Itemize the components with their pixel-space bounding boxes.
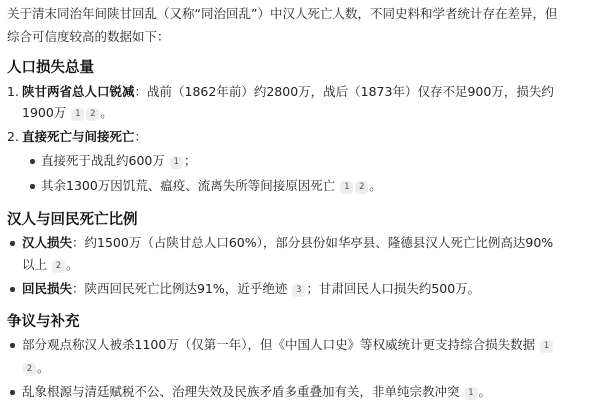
colon: ： [135,129,148,144]
period: 。 [37,360,50,375]
subitem-indirect-deaths: 其余1300万因饥荒、瘟疫、流离失所等间接原因死亡 12。 [41,177,382,195]
subitem-text: 其余1300万因饥荒、瘟疫、流离失所等间接原因死亡 [41,178,335,193]
colon: ： [72,235,85,250]
list-item-root-cause: 乱象根源与清廷赋税不公、治理失效及民族矛盾多重叠加有关，非单纯宗教冲突 1。 [22,383,491,400]
citation-badge[interactable]: 2 [52,260,65,273]
list-item-population-drop-cont: 1900万 12。 [22,104,113,122]
list-item-direct-indirect: 直接死亡与间接死亡： [22,128,147,146]
item-text: 约1500万（占陕甘总人口60%），部分县份如华亭县、隆德县汉人死亡比例高达90… [85,235,554,250]
item-text-cont: 以上 [22,257,47,272]
period: 。 [479,384,492,399]
chat-response: 关于清末同治年间陕甘回乱（又称“同治回乱”）中汉人死亡人数，不同史料和学者统计存… [0,0,600,400]
citation-badge[interactable]: 1 [540,340,553,353]
item-text-after: ；甘肃回民人口损失约500万。 [306,281,480,296]
citation-badge[interactable]: 2 [355,181,368,194]
section-heading-death-ratio: 汉人与回民死亡比例 [7,208,138,229]
subitem-text: 直接死于战乱约600万 [41,153,165,168]
item-bold-label: 陕甘两省总人口锐减 [22,84,135,99]
item-text: 陕西回民死亡比例达91%，近乎绝迹 [85,281,288,296]
item-bold-label: 直接死亡与间接死亡 [22,129,135,144]
bullet-icon [10,287,15,292]
citation-badge[interactable]: 2 [23,363,36,376]
list-item-alternative-view: 部分观点称汉人被杀1100万（仅第一年），但《中国人口史》等权威统计更支持综合损… [22,336,554,354]
list-item-population-drop: 陕甘两省总人口锐减：战前（1862年前）约2800万，战后（1873年）仅存不足… [22,83,554,101]
bullet-icon [30,184,35,189]
colon: ： [72,281,85,296]
list-item-alternative-view-cont: 2。 [22,359,50,377]
semicolon: ； [184,153,197,168]
list-item-hui-loss: 回民损失：陕西回民死亡比例达91%，近乎绝迹 3；甘肃回民人口损失约500万。 [22,280,480,298]
colon: ： [135,84,148,99]
item-text: 乱象根源与清廷赋税不公、治理失效及民族矛盾多重叠加有关，非单纯宗教冲突 [22,384,460,399]
bullet-icon [30,159,35,164]
item-text: 战前（1862年前）约2800万，战后（1873年）仅存不足900万，损失约 [147,84,554,99]
item-bold-label: 回民损失 [22,281,72,296]
citation-badge[interactable]: 1 [340,181,353,194]
section-heading-controversy: 争议与补充 [7,310,80,331]
item-bold-label: 汉人损失 [22,235,72,250]
citation-badge[interactable]: 2 [86,108,99,121]
citation-badge[interactable]: 3 [292,284,305,297]
section-heading-population-loss: 人口损失总量 [7,56,94,77]
citation-badge[interactable]: 1 [170,156,183,169]
intro-line-2: 综合可信度较高的数据如下： [7,25,557,48]
citation-badge[interactable]: 1 [71,108,84,121]
period: 。 [369,178,382,193]
subitem-direct-deaths: 直接死于战乱约600万 1； [41,152,196,170]
item-text: 部分观点称汉人被杀1100万（仅第一年），但《中国人口史》等权威统计更支持综合损… [22,337,535,352]
period: 。 [66,257,79,272]
period: 。 [100,105,113,120]
intro-line-1: 关于清末同治年间陕甘回乱（又称“同治回乱”）中汉人死亡人数，不同史料和学者统计存… [7,2,557,25]
list-number-1: 1. [7,83,19,101]
list-item-han-loss: 汉人损失：约1500万（占陕甘总人口60%），部分县份如华亭县、隆德县汉人死亡比… [22,234,553,252]
bullet-icon [10,390,15,395]
bullet-icon [10,241,15,246]
bullet-icon [10,343,15,348]
list-number-2: 2. [7,128,19,146]
item-text-cont: 1900万 [22,105,66,120]
intro-paragraph: 关于清末同治年间陕甘回乱（又称“同治回乱”）中汉人死亡人数，不同史料和学者统计存… [7,2,557,48]
citation-badge[interactable]: 1 [465,387,478,400]
list-item-han-loss-cont: 以上 2。 [22,256,79,274]
